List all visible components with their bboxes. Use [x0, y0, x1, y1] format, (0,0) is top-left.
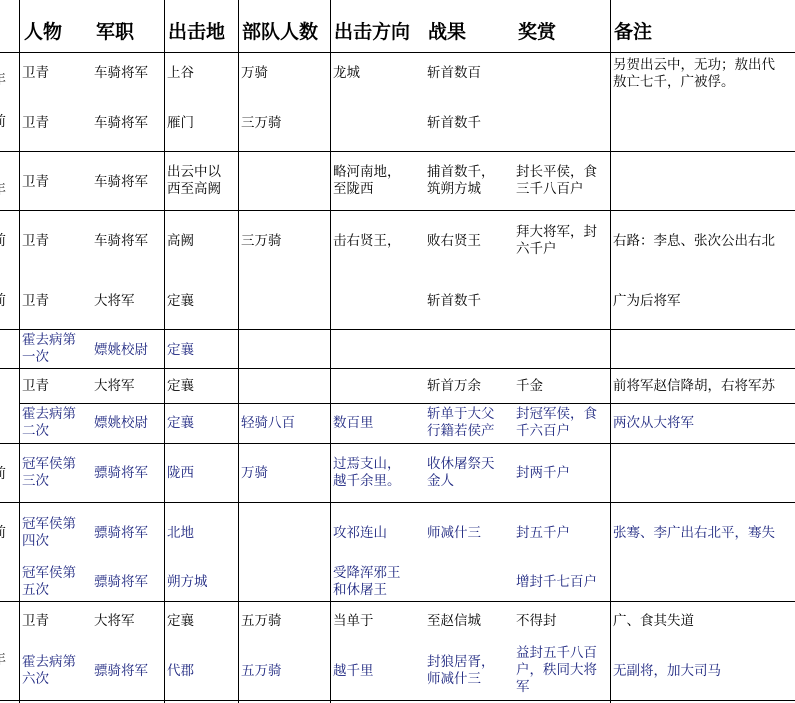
cell-notes: 张骞、李广出右北平，骞失 — [613, 525, 775, 542]
header-troops: 部队人数 — [242, 17, 318, 44]
cell-direction: 略河南地， 至陇西 — [333, 164, 401, 198]
cell-result: 斩首万余 — [427, 378, 481, 395]
header-person: 人物 — [24, 17, 62, 44]
grid-line — [0, 502, 795, 503]
grid-line — [19, 403, 795, 404]
grid-line — [0, 329, 795, 330]
cell-reward: 不得封 — [516, 613, 557, 630]
cell-reward: 封冠军侯，食 千六百户 — [516, 406, 597, 440]
cell-notes: 另贺出云中，无功；敖出代 敖亡七千，广被俘。 — [613, 57, 775, 91]
cell-person: 霍去病第 六次 — [22, 654, 76, 688]
cell-person: 卫青 — [22, 174, 49, 191]
cell-origin: 陇西 — [167, 465, 194, 482]
grid-line — [164, 0, 165, 703]
cell-result: 至赵信城 — [427, 613, 481, 630]
cell-result: 斩首数百 — [427, 65, 481, 82]
cell-rank: 大将军 — [94, 293, 135, 310]
cell-person: 冠军侯第 五次 — [22, 565, 76, 599]
cell-direction: 击右贤王， — [333, 233, 401, 250]
cell-rank: 骠骑将军 — [94, 525, 148, 542]
cell-direction: 数百里 — [333, 415, 374, 432]
header-rank: 军职 — [96, 17, 134, 44]
cell-origin: 北地 — [167, 525, 194, 542]
cell-rank: 骠骑将军 — [94, 663, 148, 680]
cell-origin: 定襄 — [167, 613, 194, 630]
cell-person: 卫青 — [22, 233, 49, 250]
year-fragment: 前 — [0, 114, 6, 131]
cell-rank: 大将军 — [94, 613, 135, 630]
cell-origin: 定襄 — [167, 378, 194, 395]
cell-result: 败右贤王 — [427, 233, 481, 250]
header-origin: 出击地 — [168, 17, 225, 44]
cell-person: 卫青 — [22, 613, 49, 630]
cell-origin: 定襄 — [167, 342, 194, 359]
year-fragment: 前 — [0, 525, 6, 542]
header-direction: 出击方向 — [334, 17, 410, 44]
cell-troops: 三万骑 — [241, 115, 282, 132]
grid-line — [0, 52, 795, 53]
year-fragment: 前 — [0, 293, 6, 310]
cell-notes: 两次从大将军 — [613, 415, 694, 432]
cell-direction: 龙城 — [333, 65, 360, 82]
cell-result: 封狼居胥， 师减什三 — [427, 654, 495, 688]
grid-line — [0, 368, 795, 369]
cell-origin: 高阙 — [167, 233, 194, 250]
cell-person: 卫青 — [22, 65, 49, 82]
grid-line — [0, 700, 795, 701]
cell-rank: 骠骑将军 — [94, 465, 148, 482]
cell-reward: 拜大将军，封 六千户 — [516, 224, 597, 258]
cell-notes: 广、食其失道 — [613, 613, 694, 630]
cell-origin: 定襄 — [167, 293, 194, 310]
cell-result: 斩首数千 — [427, 293, 481, 310]
cell-troops: 万骑 — [241, 465, 268, 482]
header-reward: 奖赏 — [518, 17, 556, 44]
cell-person: 霍去病第 一次 — [22, 332, 76, 366]
cell-direction: 当单于 — [333, 613, 374, 630]
cell-origin: 出云中以 西至高阙 — [167, 164, 221, 198]
year-fragment: 年 — [0, 182, 6, 199]
cell-rank: 车骑将军 — [94, 233, 148, 250]
cell-rank: 车骑将军 — [94, 65, 148, 82]
cell-notes: 无副将，加大司马 — [613, 663, 721, 680]
cell-origin: 雁门 — [167, 115, 194, 132]
cell-person: 卫青 — [22, 378, 49, 395]
cell-troops: 五万骑 — [241, 663, 282, 680]
cell-rank: 嫖姚校尉 — [94, 415, 148, 432]
cell-rank: 骠骑将军 — [94, 574, 148, 591]
cell-reward: 增封千七百户 — [516, 574, 597, 591]
cell-direction: 过焉支山， 越千余里。 — [333, 456, 401, 490]
header-result: 战果 — [428, 17, 466, 44]
header-notes: 备注 — [614, 17, 652, 44]
cell-troops: 五万骑 — [241, 613, 282, 630]
cell-result: 捕首数千， 筑朔方城 — [427, 164, 495, 198]
cell-notes: 右路：李息、张次公出右北 — [613, 233, 775, 250]
campaign-table: 人物 军职 出击地 部队人数 出击方向 战果 奖赏 备注 年 前 年 前 前 前… — [0, 0, 795, 703]
grid-line — [0, 151, 795, 152]
cell-origin: 代郡 — [167, 663, 194, 680]
grid-line — [330, 0, 331, 703]
cell-reward: 千金 — [516, 378, 543, 395]
year-fragment: 前 — [0, 233, 6, 250]
cell-person: 冠军侯第 四次 — [22, 516, 76, 550]
cell-result: 收休屠祭天 金人 — [427, 456, 495, 490]
year-fragment: 年 — [0, 72, 6, 89]
cell-result: 斩首数千 — [427, 115, 481, 132]
cell-reward: 封五千户 — [516, 525, 570, 542]
grid-line — [610, 0, 611, 703]
cell-result: 斩单于大父 行籍若侯产 — [427, 406, 495, 440]
year-fragment: 年 — [0, 652, 6, 669]
cell-notes: 前将军赵信降胡，右将军苏 — [613, 378, 775, 395]
cell-result: 师减什三 — [427, 525, 481, 542]
cell-direction: 攻祁连山 — [333, 525, 387, 542]
year-fragment: 前 — [0, 466, 6, 483]
cell-rank: 大将军 — [94, 378, 135, 395]
grid-line — [238, 0, 239, 703]
cell-person: 卫青 — [22, 115, 49, 132]
cell-origin: 朔方城 — [167, 574, 208, 591]
cell-troops: 万骑 — [241, 65, 268, 82]
cell-troops: 三万骑 — [241, 233, 282, 250]
cell-direction: 受降浑邪王 和休屠王 — [333, 565, 401, 599]
cell-origin: 上谷 — [167, 65, 194, 82]
grid-line — [19, 0, 20, 703]
cell-rank: 车骑将军 — [94, 174, 148, 191]
cell-person: 卫青 — [22, 293, 49, 310]
cell-reward: 益封五千八百 户，秩同大将 军 — [516, 645, 597, 696]
cell-troops: 轻骑八百 — [241, 415, 295, 432]
cell-notes: 广为后将军 — [613, 293, 681, 310]
cell-person: 冠军侯第 三次 — [22, 456, 76, 490]
cell-reward: 封两千户 — [516, 465, 570, 482]
cell-origin: 定襄 — [167, 415, 194, 432]
cell-reward: 封长平侯，食 三千八百户 — [516, 164, 597, 198]
cell-direction: 越千里 — [333, 663, 374, 680]
grid-line — [0, 443, 795, 444]
cell-person: 霍去病第 二次 — [22, 406, 76, 440]
cell-rank: 嫖姚校尉 — [94, 342, 148, 359]
cell-rank: 车骑将军 — [94, 115, 148, 132]
grid-line — [0, 210, 795, 211]
grid-line — [0, 601, 795, 602]
